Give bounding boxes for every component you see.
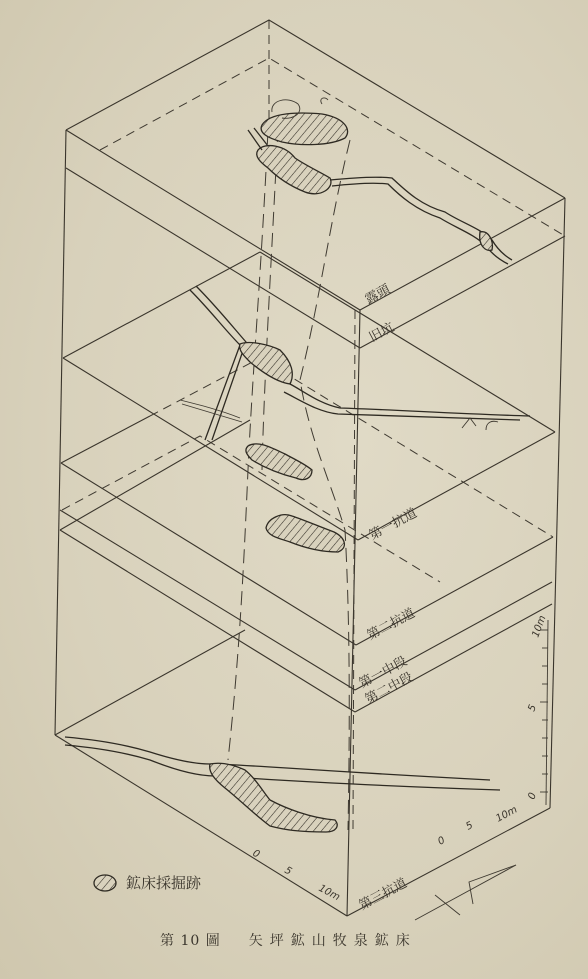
label-adit-2: 第二抗道 <box>364 605 417 644</box>
legend-label: 鉱床採掘跡 <box>126 872 201 893</box>
figure-caption: 第 10 圖 矢坪鉱山牧泉鉱床 <box>160 930 460 950</box>
level-adit-2: 第二抗道 <box>61 358 553 645</box>
caption-title: 矢坪鉱山牧泉鉱床 <box>249 930 417 950</box>
adit-2-workings <box>246 444 344 552</box>
svg-text:0: 0 <box>526 791 539 801</box>
isometric-block-diagram: 露頭 旧坑 第一抗道 第二抗道 第一中段 第二中段 第三抗道 <box>0 0 588 979</box>
surface-workings <box>248 98 512 264</box>
level-adit-1: 第一抗道 <box>63 252 555 544</box>
svg-text:10m: 10m <box>494 804 519 824</box>
front-right-scale: 0 5 10m <box>436 804 519 847</box>
label-surface: 露頭 <box>363 282 394 308</box>
label-adit-3: 第三抗道 <box>356 875 409 914</box>
adit-3-workings <box>65 737 500 832</box>
svg-text:0: 0 <box>436 835 447 848</box>
front-left-scale: 0 5 10m <box>251 848 342 903</box>
caption-number: 第 10 圖 <box>160 930 221 950</box>
svg-text:5: 5 <box>464 820 475 833</box>
svg-text:5: 5 <box>526 703 539 713</box>
label-adit-1: 第一抗道 <box>366 505 419 544</box>
vertical-scale: 10m 5 0 <box>526 614 548 805</box>
svg-text:10m: 10m <box>530 614 548 639</box>
svg-text:0: 0 <box>251 848 262 861</box>
svg-text:5: 5 <box>283 865 294 878</box>
legend: 鉱床採掘跡 <box>92 872 201 893</box>
level-sublevels: 第一中段 第二中段 <box>60 420 552 712</box>
hatched-ellipse-icon <box>92 873 118 893</box>
north-arrow-icon <box>415 865 516 920</box>
svg-text:10m: 10m <box>317 883 342 903</box>
ore-shoot-projection <box>228 128 355 830</box>
